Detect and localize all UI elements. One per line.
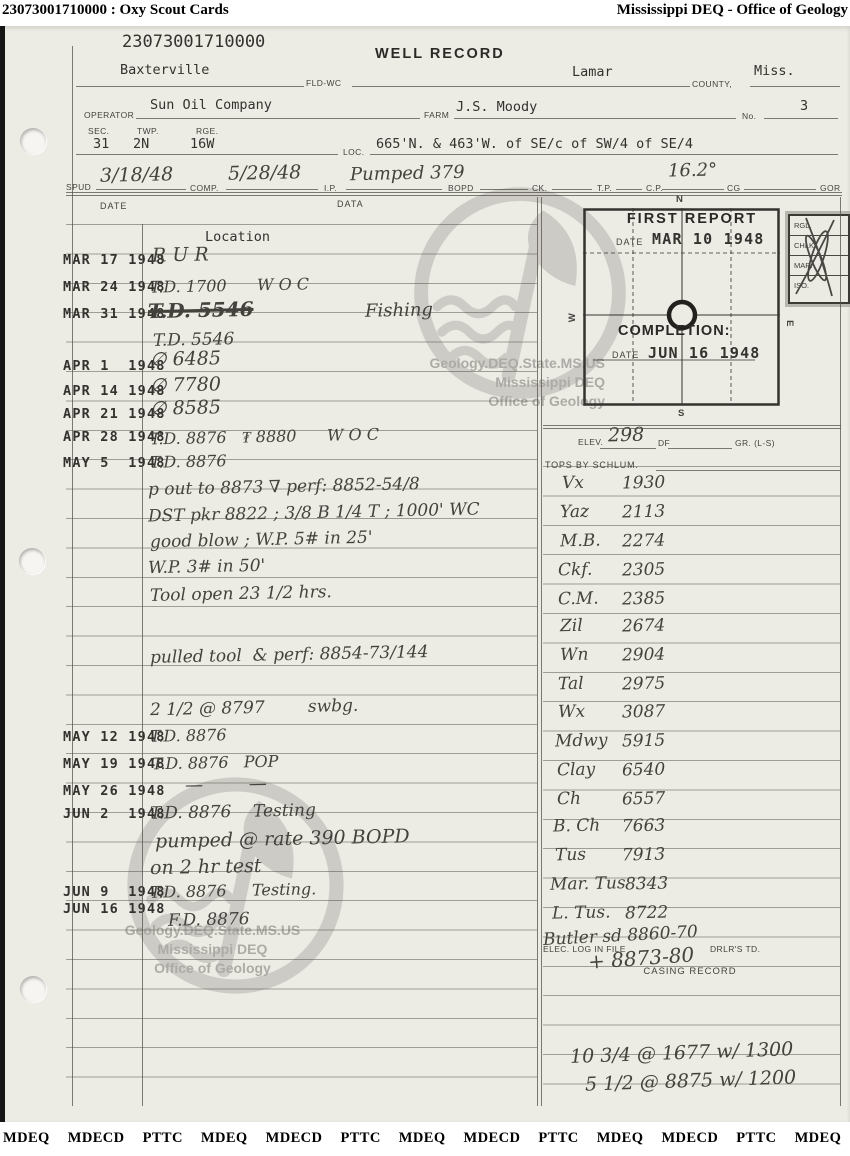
- log-text: T.D. 8876: [150, 725, 227, 746]
- rule: [136, 118, 420, 119]
- top-depth: 2975: [622, 674, 666, 695]
- top-depth: 2674: [622, 616, 666, 637]
- log-text: — —: [185, 773, 267, 796]
- log-text: Tool open 23 1/2 hrs.: [150, 582, 332, 606]
- hole-punch: [19, 548, 45, 574]
- rule: [552, 189, 592, 190]
- spud-label: SPUD: [66, 182, 91, 192]
- log-text: F.D. 8876: [168, 909, 250, 931]
- first-report-date: MAR 10 1948: [652, 230, 765, 248]
- rule: [76, 86, 304, 87]
- rule: [744, 189, 816, 190]
- scan-edge: [0, 26, 5, 1122]
- viewer-header: 23073001710000 : Oxy Scout Cards Mississ…: [0, 0, 850, 24]
- state-value: Miss.: [754, 63, 795, 79]
- rule: [72, 46, 73, 1106]
- log-text: ∅ 6485: [150, 347, 221, 370]
- hole-punch: [20, 976, 46, 1002]
- completion-date: JUN 16 1948: [648, 344, 761, 362]
- county-label: COUNTY,: [692, 79, 732, 89]
- completion-date-label: DATE: [612, 350, 639, 360]
- rule: [600, 448, 656, 449]
- top-name: Ch: [557, 789, 581, 809]
- log-text: R U R: [152, 243, 209, 266]
- top-depth: 2904: [622, 645, 666, 666]
- stamp-scribble: [788, 214, 846, 300]
- top-depth: 2385: [622, 589, 666, 610]
- rule: [370, 154, 838, 155]
- log-date: MAY 26 1948: [63, 783, 166, 799]
- top-depth: 5915: [622, 731, 666, 752]
- plat-west-label: W: [567, 313, 578, 322]
- elev-label: ELEV.: [578, 437, 603, 447]
- rule: [750, 86, 840, 87]
- rule: [454, 118, 736, 119]
- drlrs-td-label: DRLR'S TD.: [710, 944, 760, 954]
- top-name: L. Tus.: [552, 902, 611, 923]
- loc-value: 665'N. & 463'W. of SE/c of SW/4 of SE/4: [376, 136, 693, 152]
- well-no-value: 3: [800, 98, 808, 114]
- ip-value: Pumped 379: [350, 162, 465, 185]
- log-text: T.D. 8876 Testing.: [150, 879, 317, 901]
- top-name: Wn: [560, 645, 589, 666]
- top-depth: 6540: [622, 760, 666, 781]
- top-name: B. Ch: [553, 816, 601, 837]
- log-text: ∅ 7780: [150, 373, 221, 396]
- top-name: C.M.: [558, 589, 599, 610]
- log-text: T.D. 8876: [150, 451, 227, 472]
- rule: [76, 154, 338, 155]
- cp-value: 16.2°: [668, 159, 718, 181]
- rge-label: RGE.: [196, 126, 218, 136]
- data-column-header: DATA: [337, 199, 364, 209]
- top-name: Yaz: [560, 502, 589, 523]
- rule: [668, 448, 732, 449]
- top-name: Tal: [558, 674, 584, 695]
- rule: [480, 189, 528, 190]
- sec-value: 31: [93, 136, 109, 152]
- log-text: W.P. 3# in 50': [148, 556, 266, 578]
- plat-east-label: E: [784, 320, 795, 327]
- top-depth: 6557: [622, 789, 666, 810]
- operator-value: Sun Oil Company: [150, 97, 272, 113]
- top-name: Ckf.: [558, 560, 593, 581]
- top-depth: 7913: [622, 845, 666, 866]
- log-text: T.D. 8876 Testing: [150, 800, 316, 823]
- viewer-title-right: Mississippi DEQ - Office of Geology: [617, 2, 848, 19]
- fld-wc-label: FLD-WC: [306, 78, 341, 88]
- log-text: ∅ 8585: [150, 396, 221, 419]
- operator-label: OPERATOR: [84, 110, 134, 120]
- location-header: Location: [205, 229, 270, 245]
- top-depth: 8722: [625, 903, 669, 924]
- log-date: MAR 17 1948: [63, 252, 166, 268]
- well-no-label: No.: [742, 111, 756, 121]
- plat-south-label: S: [678, 408, 685, 419]
- api-number: 23073001710000: [122, 32, 265, 52]
- field-value: Baxterville: [120, 62, 209, 78]
- rule: [96, 189, 186, 190]
- hole-punch: [20, 128, 46, 154]
- rule: [543, 425, 841, 426]
- top-name: M.B.: [560, 531, 601, 552]
- county-value: Lamar: [572, 64, 613, 80]
- top-name: Wx: [558, 702, 585, 723]
- comp-value: 5/28/48: [228, 161, 302, 185]
- top-depth: 1930: [622, 473, 666, 494]
- rule: [142, 224, 143, 1106]
- top-depth: 7663: [622, 816, 666, 837]
- rule: [541, 197, 542, 1106]
- rule: [616, 189, 642, 190]
- rule: [764, 118, 838, 119]
- top-name: Mdwy: [555, 730, 608, 751]
- spud-value: 3/18/48: [100, 163, 174, 187]
- rule: [543, 428, 841, 429]
- ruled-lines-left: [66, 224, 537, 1106]
- date-column-header: DATE: [100, 201, 127, 211]
- log-date: JUN 16 1948: [63, 901, 166, 917]
- gr-label: GR. (L-S): [735, 438, 775, 448]
- rule: [226, 189, 318, 190]
- log-text: on 2 hr test: [150, 855, 262, 879]
- rule: [656, 470, 840, 471]
- rule: [662, 189, 724, 190]
- log-date: MAY 19 1948: [63, 756, 166, 772]
- rule: [352, 86, 690, 87]
- sec-label: SEC.: [88, 126, 109, 136]
- top-name: Tus: [555, 845, 586, 866]
- tops-label: TOPS BY SCHLUM.: [545, 460, 639, 470]
- top-name: Zil: [560, 616, 583, 636]
- completion-title: COMPLETION:: [618, 323, 731, 339]
- page-title: WELL RECORD: [375, 46, 505, 62]
- twp-value: 2N: [133, 136, 149, 152]
- rule: [346, 189, 442, 190]
- first-report-title: FIRST REPORT: [612, 211, 772, 227]
- top-depth: 3087: [622, 702, 666, 723]
- top-name: Clay: [557, 760, 596, 781]
- top-name: Mar. Tus: [550, 873, 626, 895]
- log-text-struck: T.D. 5546: [148, 297, 254, 323]
- rule: [66, 192, 842, 193]
- log-text: T.D. 1700 W O C: [150, 274, 309, 296]
- rule: [537, 197, 538, 1106]
- top-depth: 2305: [622, 560, 666, 581]
- loc-label: LOC.: [343, 147, 364, 157]
- viewer-footer: MDEQ MDECD PTTC MDEQ MDECD PTTC MDEQ MDE…: [0, 1130, 850, 1156]
- first-report-date-label: DATE: [616, 237, 643, 247]
- top-depth: 8343: [625, 874, 669, 895]
- rule: [66, 195, 842, 196]
- top-name: Vx: [562, 473, 584, 493]
- farm-label: FARM: [424, 110, 449, 120]
- rule: [840, 197, 841, 1106]
- top-depth: 2274: [622, 531, 666, 552]
- top-depth: 2113: [622, 502, 666, 523]
- log-text: Fishing: [365, 299, 433, 321]
- df-label: DF: [658, 438, 670, 448]
- farm-value: J.S. Moody: [456, 99, 537, 115]
- rge-value: 16W: [190, 136, 214, 152]
- well-record-page: 23073001710000 : Oxy Scout Cards Mississ…: [0, 0, 850, 1156]
- viewer-title-left: 23073001710000 : Oxy Scout Cards: [2, 2, 229, 19]
- twp-label: TWP.: [137, 126, 159, 136]
- log-text: T.D. 8876 POP: [152, 752, 279, 774]
- casing-record-label: CASING RECORD: [600, 966, 780, 977]
